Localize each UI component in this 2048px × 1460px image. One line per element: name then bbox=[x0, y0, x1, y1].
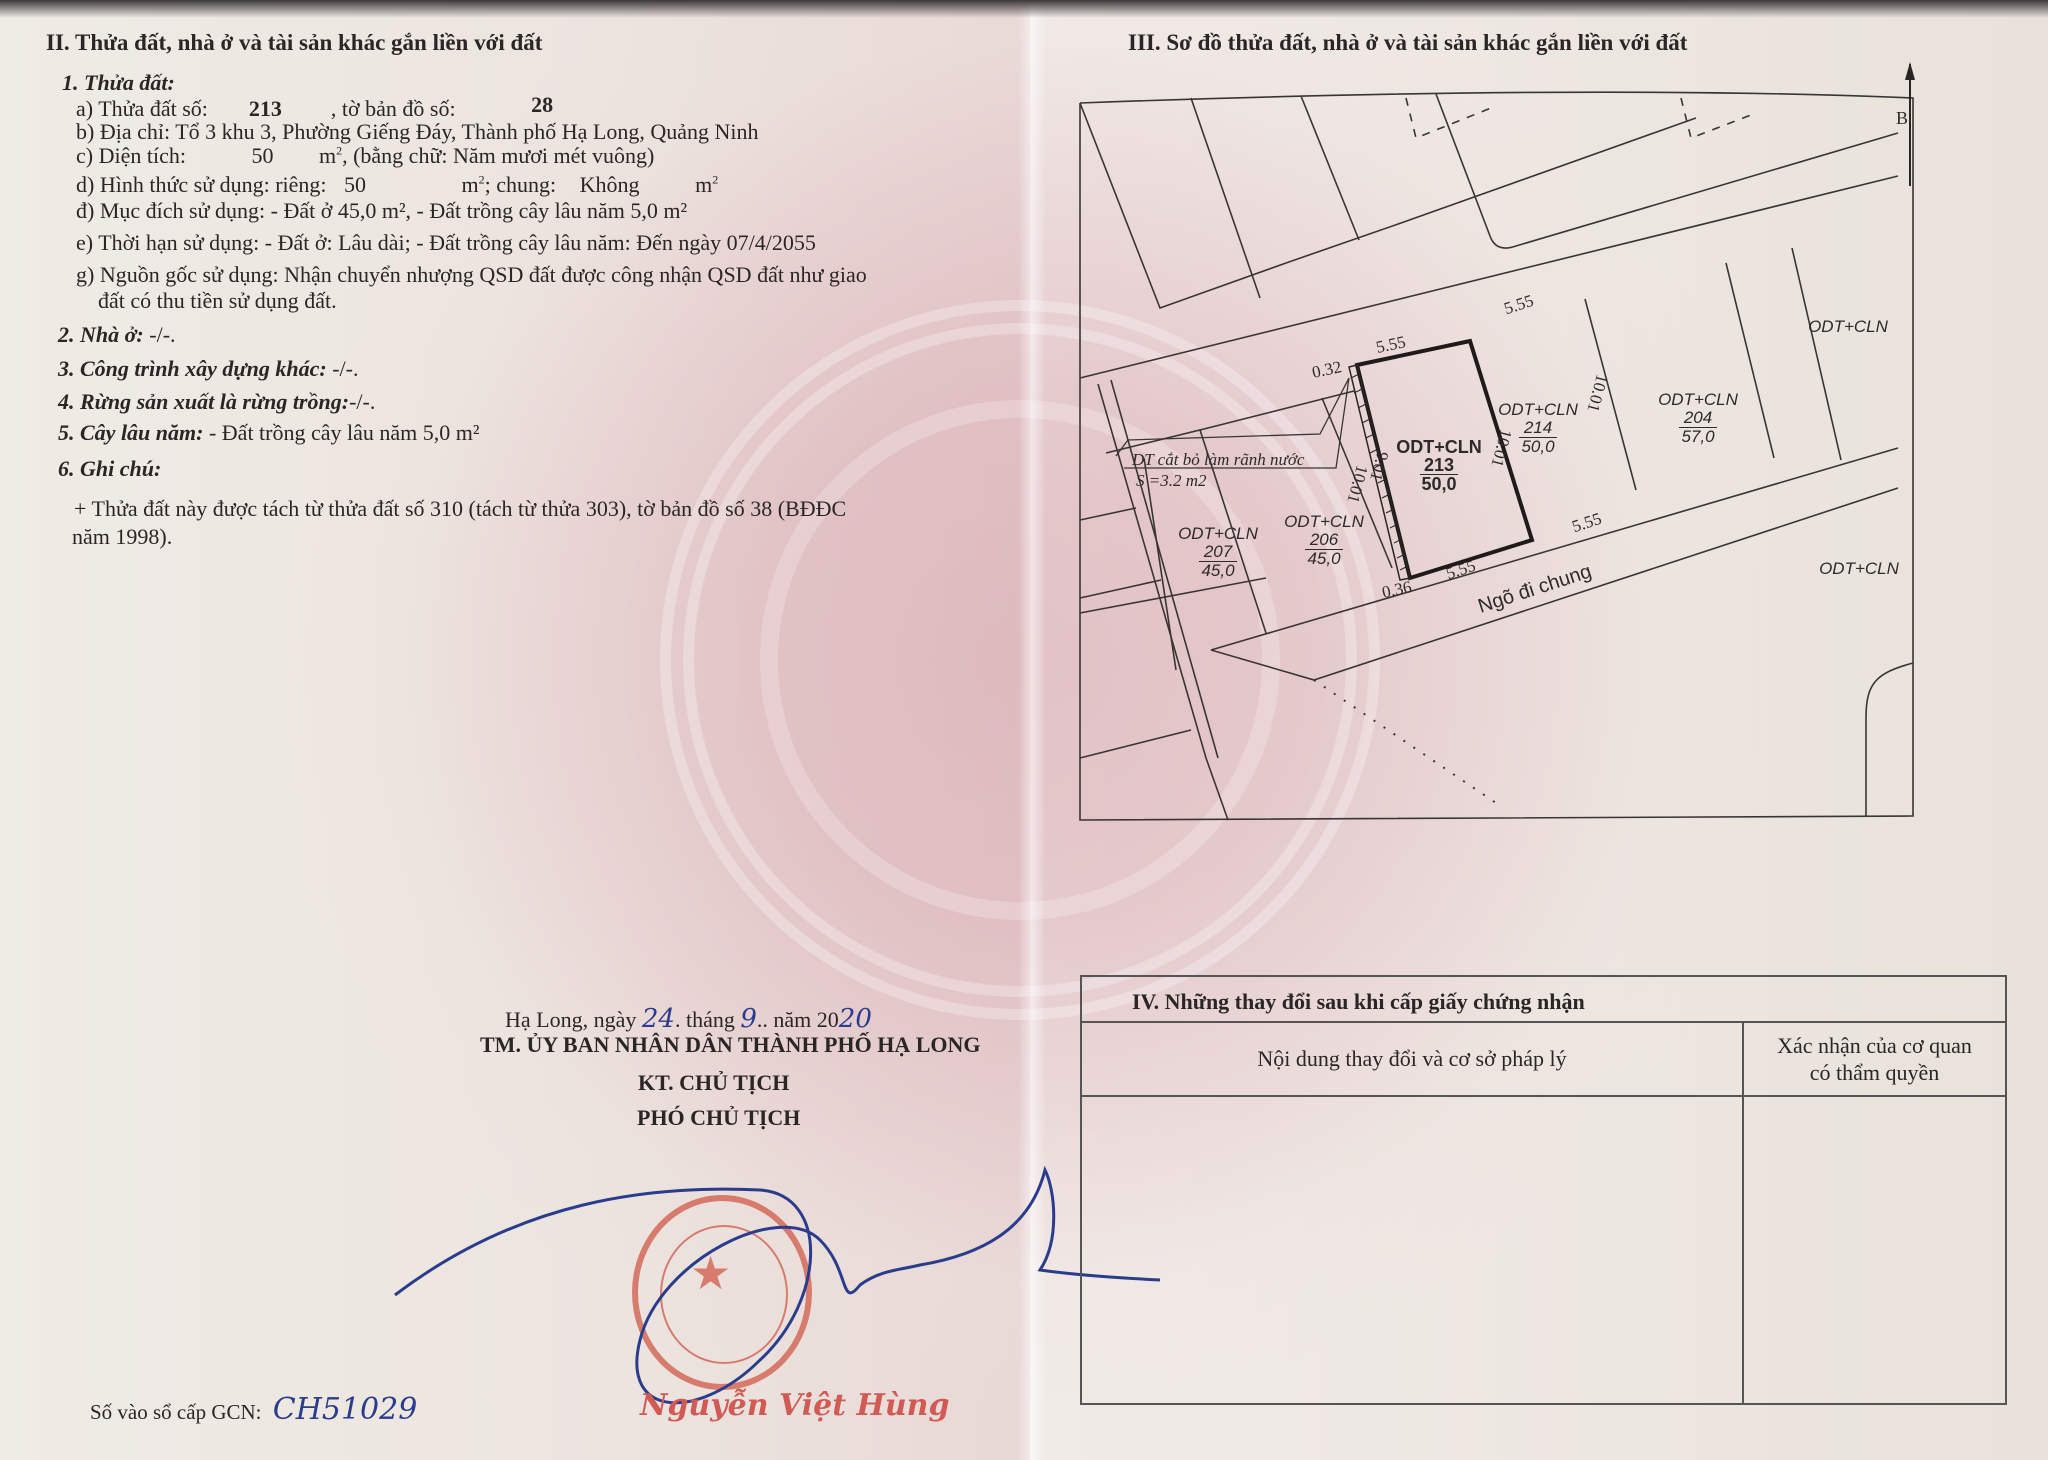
col2-line2: có thẩm quyền bbox=[1810, 1060, 1940, 1085]
gcn-number: CH51029 bbox=[273, 1392, 418, 1427]
parcel-207-label: ODT+CLN 207 45,0 bbox=[1168, 525, 1268, 580]
parcel-214-area: 50,0 bbox=[1521, 437, 1554, 456]
changes-table-body bbox=[1082, 1097, 2005, 1405]
parcel-unnumbered-south-label: ODT+CLN bbox=[1809, 560, 1909, 578]
drainage-note-line-1: DT cắt bỏ làm rãnh nước bbox=[1132, 450, 1304, 470]
parcel-207-area: 45,0 bbox=[1201, 561, 1234, 580]
parcel-206-use: ODT+CLN bbox=[1284, 512, 1364, 531]
parcel-206-area: 45,0 bbox=[1307, 549, 1340, 568]
parcel-214-number: 214 bbox=[1519, 419, 1557, 438]
north-label: B bbox=[1896, 108, 1908, 129]
parcel-diagram: B ODT+CLN 213 50,0 ODT+CLN 214 50,0 ODT+… bbox=[1076, 58, 1956, 828]
changes-table-title: IV. Những thay đổi sau khi cấp giấy chứn… bbox=[1082, 977, 2005, 1023]
col-change-content: Nội dung thay đổi và cơ sở pháp lý bbox=[1082, 1023, 1744, 1095]
parcel-207-number: 207 bbox=[1199, 543, 1237, 562]
changes-table-header: Nội dung thay đổi và cơ sở pháp lý Xác n… bbox=[1082, 1023, 2005, 1097]
parcel-204-area: 57,0 bbox=[1681, 427, 1714, 446]
changes-confirm-cell bbox=[1744, 1097, 2005, 1405]
parcel-207-use: ODT+CLN bbox=[1178, 524, 1258, 543]
parcel-204-number: 204 bbox=[1679, 409, 1717, 428]
gcn-label: Số vào sổ cấp GCN: bbox=[90, 1400, 262, 1424]
parcel-213-area: 50,0 bbox=[1421, 474, 1456, 494]
section-iii-title: III. Sơ đồ thửa đất, nhà ở và tài sản kh… bbox=[1128, 30, 1687, 56]
parcel-unnumbered-north-label: ODT+CLN bbox=[1798, 318, 1898, 336]
drainage-note-line-2: S =3.2 m2 bbox=[1136, 471, 1207, 491]
gcn-entry: Số vào sổ cấp GCN: CH51029 bbox=[90, 1392, 417, 1427]
signer-name: Nguyễn Việt Hùng bbox=[640, 1388, 949, 1423]
parcel-204-use: ODT+CLN bbox=[1658, 390, 1738, 409]
parcel-213-number: 213 bbox=[1420, 456, 1458, 475]
col2-line1: Xác nhận của cơ quan bbox=[1777, 1033, 1972, 1058]
changes-content-cell bbox=[1082, 1097, 1744, 1405]
parcel-213-use: ODT+CLN bbox=[1396, 437, 1482, 457]
parcel-206-number: 206 bbox=[1305, 531, 1343, 550]
changes-table: IV. Những thay đổi sau khi cấp giấy chứn… bbox=[1080, 975, 2007, 1405]
parcel-214-use: ODT+CLN bbox=[1498, 400, 1578, 419]
parcel-206-label: ODT+CLN 206 45,0 bbox=[1274, 513, 1374, 568]
col-authority-confirmation: Xác nhận của cơ quancó thẩm quyền bbox=[1744, 1023, 2005, 1095]
parcel-213-label: ODT+CLN 213 50,0 bbox=[1389, 438, 1489, 493]
parcel-204-label: ODT+CLN 204 57,0 bbox=[1648, 391, 1748, 446]
